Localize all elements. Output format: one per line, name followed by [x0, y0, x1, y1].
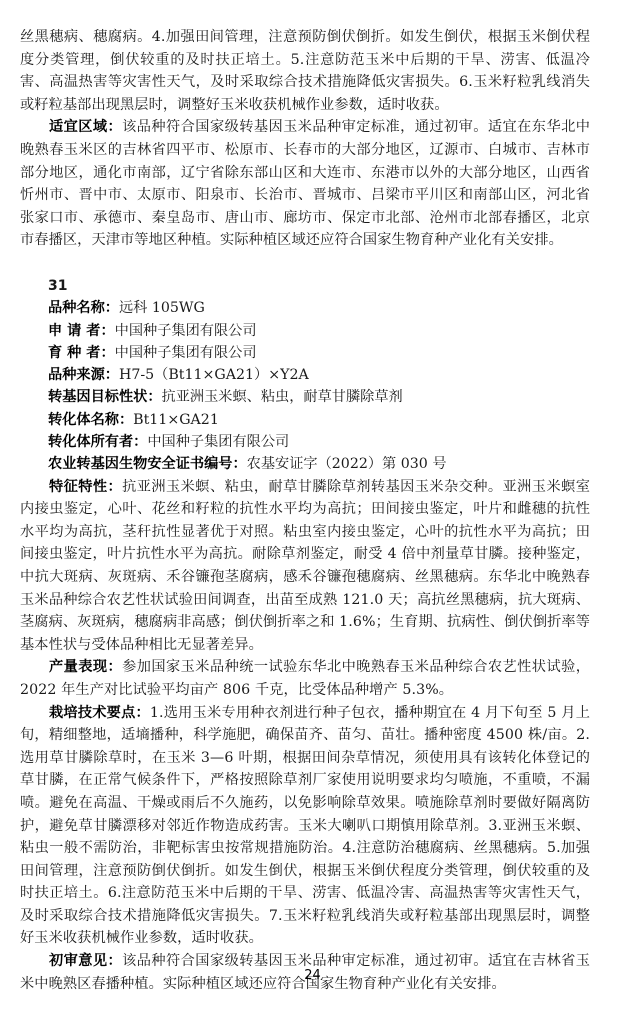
field-label: 育 种 者： — [48, 345, 115, 361]
suitable-region-paragraph: 适宜区域：该品种符合国家级转基因玉米品种审定标准，通过初审。适宜在东华北中晚熟春… — [20, 116, 590, 252]
field-label: 品种来源： — [48, 367, 119, 383]
characteristics-text: 抗亚洲玉米螟、粘虫，耐草甘膦除草剂转基因玉米杂交种。亚洲玉米螟室内接虫鉴定，心叶… — [20, 479, 590, 653]
field-label: 转基因目标性状： — [48, 389, 162, 405]
field-label: 申 请 者： — [48, 323, 115, 339]
section-gap — [20, 252, 590, 275]
field-label: 品种名称： — [48, 300, 119, 316]
cultivation-paragraph: 栽培技术要点：1.选用玉米专用种衣剂进行种子包衣，播种期宜在 4 月下旬至 5 … — [20, 702, 590, 951]
field-value: Bt11×GA21 — [133, 412, 219, 428]
field-safety-certificate: 农业转基因生物安全证书编号：农基安证字（2022）第 030 号 — [20, 453, 590, 475]
yield-paragraph: 产量表现：参加国家玉米品种统一试验东华北中晚熟春玉米品种综合农艺性状试验，202… — [20, 656, 590, 701]
entry-number: 31 — [20, 275, 590, 297]
document-page: 丝黑穗病、穗腐病。4.加强田间管理，注意预防倒伏倒折。如发生倒伏，根据玉米倒伏程… — [20, 26, 590, 995]
field-value: 抗亚洲玉米螟、粘虫，耐草甘膦除草剂 — [162, 389, 403, 405]
characteristics-label: 特征特性： — [49, 479, 122, 495]
characteristics-paragraph: 特征特性：抗亚洲玉米螟、粘虫，耐草甘膦除草剂转基因玉米杂交种。亚洲玉米螟室内接虫… — [20, 476, 590, 657]
field-transformant-name: 转化体名称：Bt11×GA21 — [20, 409, 590, 431]
page-number: 24 — [0, 968, 625, 983]
field-value: 中国种子集团有限公司 — [115, 323, 257, 339]
field-value: 远科 105WG — [119, 300, 205, 316]
field-variety-source: 品种来源：H7-5（Bt11×GA21）×Y2A — [20, 364, 590, 386]
field-label: 转化体名称： — [48, 412, 133, 428]
field-variety-name: 品种名称：远科 105WG — [20, 297, 590, 319]
field-value: 中国种子集团有限公司 — [147, 434, 289, 450]
field-target-traits: 转基因目标性状：抗亚洲玉米螟、粘虫，耐草甘膦除草剂 — [20, 386, 590, 408]
field-label: 转化体所有者： — [48, 434, 147, 450]
continued-cultivation-text: 丝黑穗病、穗腐病。4.加强田间管理，注意预防倒伏倒折。如发生倒伏，根据玉米倒伏程… — [20, 26, 590, 116]
field-label: 农业转基因生物安全证书编号： — [48, 456, 247, 472]
opinion-label: 初审意见： — [49, 953, 122, 969]
field-value: H7-5（Bt11×GA21）×Y2A — [119, 367, 309, 383]
suitable-region-label: 适宜区域： — [49, 119, 122, 135]
field-breeder: 育 种 者：中国种子集团有限公司 — [20, 342, 590, 364]
field-value: 中国种子集团有限公司 — [115, 345, 257, 361]
cultivation-text: 1.选用玉米专用种衣剂进行种子包衣，播种期宜在 4 月下旬至 5 月上旬，精细整… — [20, 705, 590, 947]
field-value: 农基安证字（2022）第 030 号 — [247, 456, 447, 472]
cultivation-label: 栽培技术要点： — [49, 705, 150, 721]
suitable-region-text: 该品种符合国家级转基因玉米品种审定标准，通过初审。适宜在东华北中晚熟春玉米区的吉… — [20, 119, 590, 248]
yield-label: 产量表现： — [49, 659, 122, 675]
field-applicant: 申 请 者：中国种子集团有限公司 — [20, 320, 590, 342]
field-transformant-owner: 转化体所有者：中国种子集团有限公司 — [20, 431, 590, 453]
